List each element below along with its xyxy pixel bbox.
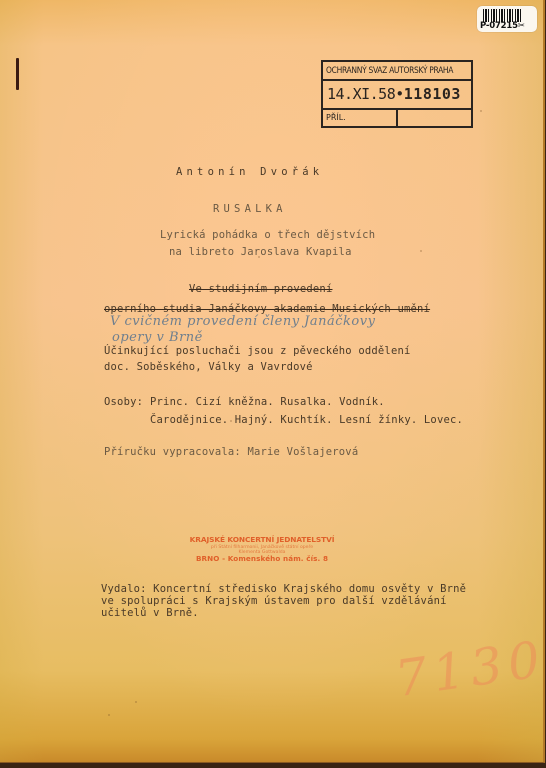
cast-line-1: Princ. Cizí kněžna. Rusalka. Vodník.	[150, 396, 385, 408]
performers-line-1: Účinkující posluchači jsou z pěveckého o…	[104, 345, 411, 357]
scissors-icon: ✂	[518, 21, 525, 31]
registration-number: 118103	[404, 85, 461, 103]
prepared-by: Příručku vypracovala: Marie Vošlajerová	[104, 446, 358, 458]
handwritten-correction-2: opery v Brně	[112, 330, 203, 345]
agency-stamp-line-4: BRNO - Komenského nám. čís. 8	[183, 555, 341, 563]
handwritten-correction-1: V cvičném provedení členy Janáčkovy	[110, 314, 375, 329]
registration-stamp-footer: PŘÍL.	[323, 110, 471, 126]
archive-code: P-07215✂	[480, 21, 525, 31]
agency-stamp: KRAJSKÉ KONCERTNÍ JEDNATELSTVÍ při Státn…	[183, 536, 341, 563]
subtitle-line-2: na libreto Jaroslava Kvapila	[169, 246, 352, 258]
archive-barcode-label: P-07215✂	[477, 6, 537, 32]
paper-speck	[108, 714, 110, 716]
margin-mark	[16, 58, 19, 90]
paper-speck	[135, 701, 137, 703]
performers-line-2: doc. Soběského, Války a Vavrdové	[104, 361, 313, 373]
composer-name: Antonín Dvořák	[176, 166, 323, 178]
registration-stamp-header: OCHRANNÝ SVAZ AUTORSKÝ PRAHA	[323, 62, 471, 81]
publisher-line-2: ve spolupráci s Krajským ústavem pro dal…	[101, 595, 447, 607]
attachment-label: PŘÍL.	[323, 110, 398, 126]
subtitle-line-1: Lyrická pohádka o třech dějstvích	[160, 229, 375, 241]
registration-separator: •	[395, 85, 404, 103]
publisher-line-3: učitelů v Brně.	[101, 607, 199, 619]
registration-date: 14.XI.58	[327, 85, 395, 103]
cast-line-2: Čarodějnice. Hajný. Kuchtík. Lesní žínky…	[150, 414, 463, 426]
publisher-line-1: Vydalo: Koncertní středisko Krajského do…	[101, 583, 466, 595]
registration-stamp-entry: 14.XI.58•118103	[323, 81, 471, 110]
pencil-note: 7130	[392, 630, 546, 708]
document-page: P-07215✂ OCHRANNÝ SVAZ AUTORSKÝ PRAHA 14…	[0, 0, 545, 763]
cast-label: Osoby:	[104, 396, 143, 408]
struck-line-1: Ve studijním provedení	[189, 283, 332, 295]
registration-stamp: OCHRANNÝ SVAZ AUTORSKÝ PRAHA 14.XI.58•11…	[321, 60, 473, 128]
agency-stamp-line-1: KRAJSKÉ KONCERTNÍ JEDNATELSTVÍ	[183, 536, 341, 545]
paper-speck	[480, 110, 482, 112]
paper-speck	[420, 250, 422, 252]
opera-title: RUSALKA	[213, 203, 287, 215]
